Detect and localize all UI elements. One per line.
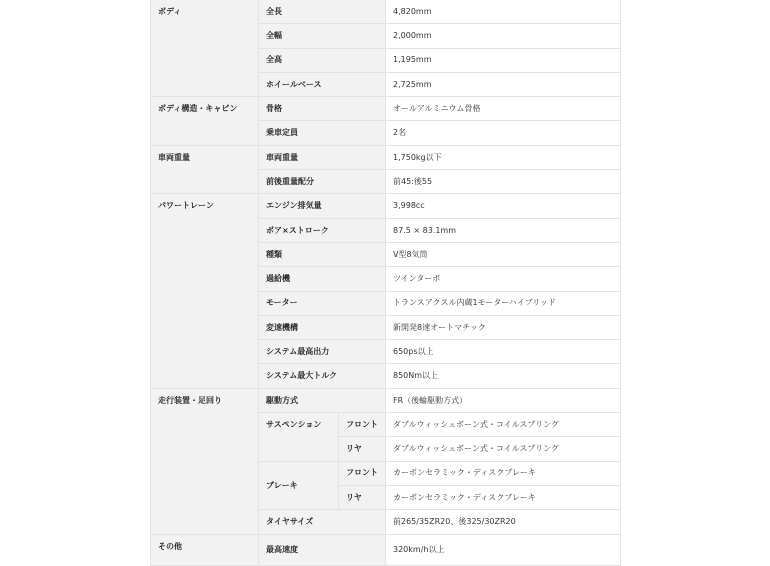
table-row: ボディ構造・キャビン 骨格 オールアルミニウム骨格	[151, 97, 621, 121]
row-value: 1,195mm	[386, 48, 621, 72]
row-label: 最高速度	[259, 534, 386, 561]
row-label: 駆動方式	[259, 388, 386, 412]
row-value: 4,820mm	[386, 0, 621, 24]
row-label: エンジン排気量	[259, 194, 386, 218]
row-label: モーター	[259, 291, 386, 315]
category-other: その他	[151, 534, 259, 561]
brake-front-label: フロント	[339, 461, 386, 485]
spec-table: ボディ 全長 4,820mm 全幅 2,000mm 全高 1,195mm ホイー…	[150, 0, 621, 561]
row-value: 1,750kg以下	[386, 145, 621, 169]
row-label: システム最高出力	[259, 340, 386, 364]
row-value: 650ps以上	[386, 340, 621, 364]
row-label: 過給機	[259, 267, 386, 291]
row-label: 全高	[259, 48, 386, 72]
category-body: ボディ	[151, 0, 259, 97]
row-label: ホイールベース	[259, 72, 386, 96]
row-label: 車両重量	[259, 145, 386, 169]
tire-value: 前265/35ZR20、後325/30ZR20	[386, 510, 621, 534]
row-value: ツインターボ	[386, 267, 621, 291]
suspension-front-value: ダブルウィッシュボーン式・コイルスプリング	[386, 413, 621, 437]
tire-label: タイヤサイズ	[259, 510, 386, 534]
row-value: 2,725mm	[386, 72, 621, 96]
row-value: 前45:後55	[386, 170, 621, 194]
spec-table-container: ボディ 全長 4,820mm 全幅 2,000mm 全高 1,195mm ホイー…	[150, 0, 620, 561]
brake-rear-label: リヤ	[339, 485, 386, 509]
table-row: 走行装置・足回り 駆動方式 FR（後輪駆動方式）	[151, 388, 621, 412]
table-row: その他 最高速度 320km/h以上	[151, 534, 621, 561]
row-value: 2,000mm	[386, 24, 621, 48]
row-label: 前後重量配分	[259, 170, 386, 194]
brake-front-value: カーボンセラミック・ディスクブレーキ	[386, 461, 621, 485]
brake-label: ブレーキ	[259, 461, 339, 510]
row-value: V型8気筒	[386, 242, 621, 266]
category-weight: 車両重量	[151, 145, 259, 194]
table-row: 車両重量 車両重量 1,750kg以下	[151, 145, 621, 169]
row-label: 骨格	[259, 97, 386, 121]
row-value: 320km/h以上	[386, 534, 621, 561]
row-label: 変速機構	[259, 315, 386, 339]
table-row: パワートレーン エンジン排気量 3,998cc	[151, 194, 621, 218]
suspension-label: サスペンション	[259, 413, 339, 462]
row-label: 全幅	[259, 24, 386, 48]
row-label: 種類	[259, 242, 386, 266]
row-label: 乗車定員	[259, 121, 386, 145]
suspension-rear-value: ダブルウィッシュボーン式・コイルスプリング	[386, 437, 621, 461]
row-value: 2名	[386, 121, 621, 145]
row-value: 850Nm以上	[386, 364, 621, 388]
row-value: オールアルミニウム骨格	[386, 97, 621, 121]
row-label: システム最大トルク	[259, 364, 386, 388]
row-value: 新開発8速オートマチック	[386, 315, 621, 339]
row-value: 3,998cc	[386, 194, 621, 218]
row-value: 87.5 × 83.1mm	[386, 218, 621, 242]
brake-rear-value: カーボンセラミック・ディスクブレーキ	[386, 485, 621, 509]
table-row: ボディ 全長 4,820mm	[151, 0, 621, 24]
row-label: 全長	[259, 0, 386, 24]
row-label: ボア×ストローク	[259, 218, 386, 242]
suspension-rear-label: リヤ	[339, 437, 386, 461]
row-value: トランスアクスル内蔵1モーターハイブリッド	[386, 291, 621, 315]
category-powertrain: パワートレーン	[151, 194, 259, 388]
suspension-front-label: フロント	[339, 413, 386, 437]
category-chassis: 走行装置・足回り	[151, 388, 259, 534]
category-body-structure: ボディ構造・キャビン	[151, 97, 259, 146]
row-value: FR（後輪駆動方式）	[386, 388, 621, 412]
